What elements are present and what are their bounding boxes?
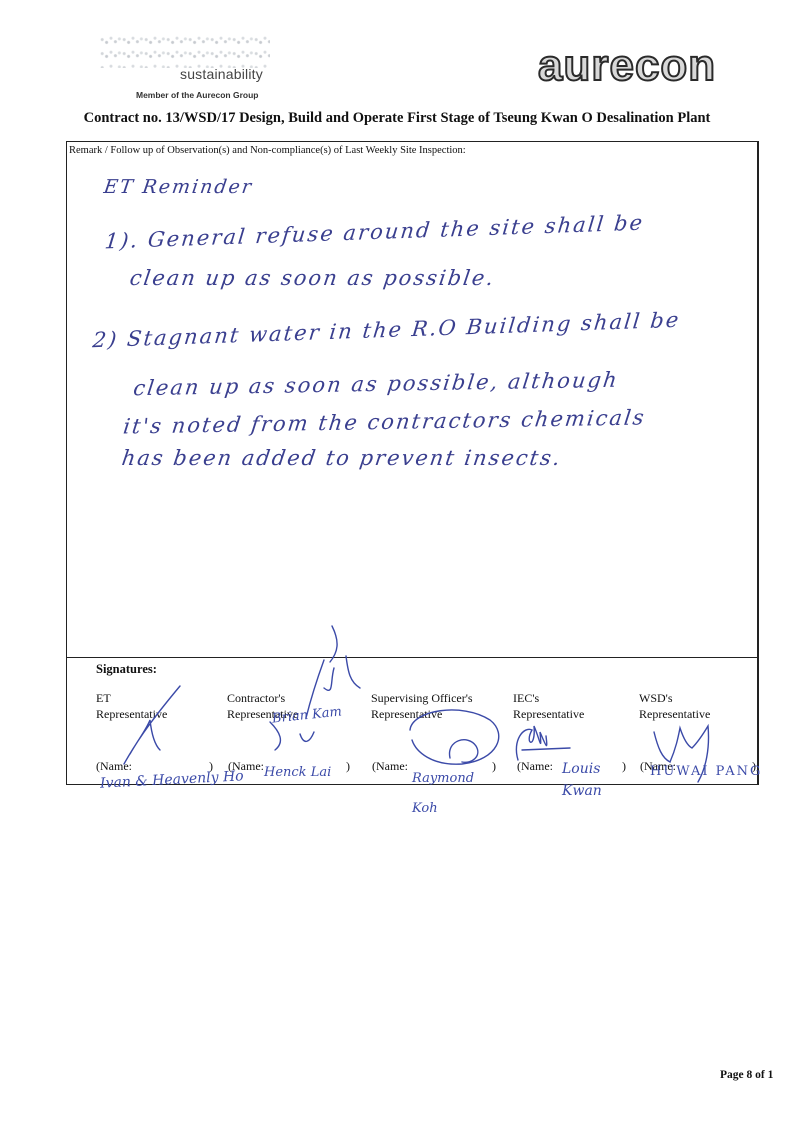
- member-of-group-text: Member of the Aurecon Group: [136, 90, 258, 100]
- signature-divider: [67, 657, 757, 658]
- page-number: Page 8 of 1: [720, 1069, 773, 1081]
- signature-column-iec: IEC's Representative: [513, 690, 584, 722]
- remark-label: Remark / Follow up of Observation(s) and…: [69, 145, 466, 156]
- signature-scribble-iec: [510, 720, 590, 770]
- contract-title: Contract no. 13/WSD/17 Design, Build and…: [0, 110, 794, 127]
- logo-tagline: sustainability: [180, 66, 263, 82]
- role-label: WSD's: [639, 690, 710, 706]
- signed-name-supervising-officer: Raymond Koh: [412, 764, 482, 824]
- sustainability-logo: sustainability Member of the Aurecon Gro…: [100, 34, 280, 104]
- handwritten-line: clean up as soon as possible.: [128, 266, 496, 290]
- role-label: Contractor's: [227, 690, 298, 706]
- handwritten-line: ET Reminder: [102, 176, 254, 198]
- name-field-close: ): [622, 759, 626, 774]
- role-label: IEC's: [513, 690, 584, 706]
- logo-mark: [100, 34, 270, 68]
- signature-scribble-et: [110, 680, 190, 770]
- aurecon-logo: aurecon: [538, 44, 716, 88]
- signed-name-contractor: Henck Lai: [264, 765, 331, 780]
- signature-scribble-supervising-officer: [402, 700, 512, 770]
- signature-scribble-wsd: [650, 718, 730, 788]
- signature-scribble-contractor: [290, 622, 380, 762]
- handwritten-line: has been added to prevent insects.: [120, 446, 563, 470]
- signatures-heading: Signatures:: [96, 662, 157, 677]
